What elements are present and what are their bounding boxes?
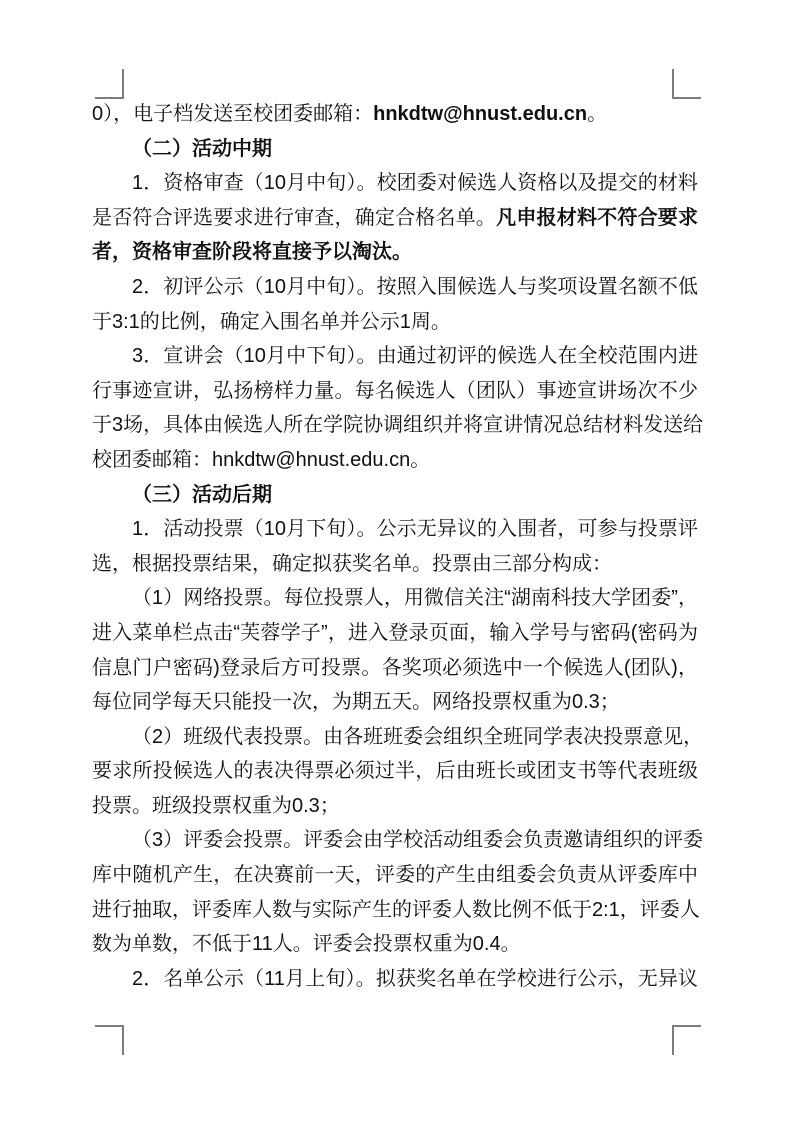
crop-mark-top-left-icon bbox=[95, 69, 124, 99]
crop-mark-top-right-icon bbox=[672, 69, 701, 99]
document-body: 0），电子档发送至校团委邮箱：hnkdtw@hnust.edu.cn。（二）活动… bbox=[92, 97, 698, 996]
text-run: 校团委邮箱：hnkdtw@hnust.edu.cn。 bbox=[92, 449, 430, 471]
text-run: 每位同学每天只能投一次，为期五天。网络投票权重为0.3； bbox=[92, 691, 620, 713]
text-run: 选，根据投票结果，确定拟获奖名单。投票由三部分构成： bbox=[92, 553, 612, 575]
text-line: 每位同学每天只能投一次，为期五天。网络投票权重为0.3； bbox=[92, 685, 698, 720]
text-run: 要求所投候选人的表决得票必须过半，后由班长或团支书等代表班级 bbox=[92, 760, 698, 782]
text-line: 是否符合评选要求进行审查，确定合格名单。凡申报材料不符合要求 bbox=[92, 201, 698, 236]
text-run: 1．资格审查（10月中旬）。校团委对候选人资格以及提交的材料 bbox=[132, 172, 698, 194]
text-run: 是否符合评选要求进行审查，确定合格名单。 bbox=[92, 207, 496, 229]
text-run: 进入菜单栏点击“芙蓉学子”，进入登录页面，输入学号与密码(密码为 bbox=[92, 622, 698, 644]
crop-mark-bottom-right-icon bbox=[672, 1025, 701, 1055]
section-heading: （三）活动后期 bbox=[92, 478, 698, 513]
text-line: 投票。班级投票权重为0.3； bbox=[92, 789, 698, 824]
text-run: 3．宣讲会（10月中下旬）。由通过初评的候选人在全校范围内进 bbox=[132, 345, 698, 367]
text-run: 数为单数，不低于11人。评委会投票权重为0.4。 bbox=[92, 933, 521, 955]
text-run: 行事迹宣讲，弘扬榜样力量。每名候选人（团队）事迹宣讲场次不少 bbox=[92, 380, 698, 402]
text-line: 1．活动投票（10月下旬）。公示无异议的入围者，可参与投票评 bbox=[92, 512, 698, 547]
text-run: 库中随机产生，在决赛前一天，评委的产生由组委会负责从评委库中 bbox=[92, 864, 698, 886]
text-line: 信息门户密码)登录后方可投票。各奖项必须选中一个候选人(团队)， bbox=[92, 651, 698, 686]
text-line: （3）评委会投票。评委会由学校活动组委会负责邀请组织的评委 bbox=[92, 823, 698, 858]
text-line: 行事迹宣讲，弘扬榜样力量。每名候选人（团队）事迹宣讲场次不少 bbox=[92, 374, 698, 409]
text-line: 要求所投候选人的表决得票必须过半，后由班长或团支书等代表班级 bbox=[92, 754, 698, 789]
text-line: 进入菜单栏点击“芙蓉学子”，进入登录页面，输入学号与密码(密码为 bbox=[92, 616, 698, 651]
text-run: 。 bbox=[587, 103, 607, 125]
text-run: （2）班级代表投票。由各班班委会组织全班同学表决投票意见， bbox=[132, 726, 703, 748]
text-run: 于3场，具体由候选人所在学院协调组织并将宣讲情况总结材料发送给 bbox=[92, 414, 703, 436]
text-run: 进行抽取，评委库人数与实际产生的评委人数比例不低于2:1，评委人 bbox=[92, 899, 700, 921]
bold-text-run: （三）活动后期 bbox=[132, 484, 272, 506]
text-line: 0），电子档发送至校团委邮箱：hnkdtw@hnust.edu.cn。 bbox=[92, 97, 698, 132]
text-run: 于3:1的比例，确定入围名单并公示1周。 bbox=[92, 311, 451, 333]
text-run: 0），电子档发送至校团委邮箱： bbox=[92, 103, 373, 125]
text-line: 2．初评公示（10月中旬）。按照入围候选人与奖项设置名额不低 bbox=[92, 270, 698, 305]
bold-text-run: （二）活动中期 bbox=[132, 138, 272, 160]
text-run: 1．活动投票（10月下旬）。公示无异议的入围者，可参与投票评 bbox=[132, 518, 698, 540]
bold-text-run: hnkdtw@hnust.edu.cn bbox=[373, 103, 587, 125]
text-line: 于3:1的比例，确定入围名单并公示1周。 bbox=[92, 305, 698, 340]
text-line: 3．宣讲会（10月中下旬）。由通过初评的候选人在全校范围内进 bbox=[92, 339, 698, 374]
text-line: 进行抽取，评委库人数与实际产生的评委人数比例不低于2:1，评委人 bbox=[92, 893, 698, 928]
text-line: 者，资格审查阶段将直接予以淘汰。 bbox=[92, 235, 698, 270]
text-run: （3）评委会投票。评委会由学校活动组委会负责邀请组织的评委 bbox=[132, 829, 703, 851]
bold-text-run: 凡申报材料不符合要求 bbox=[496, 207, 698, 229]
text-line: 2．名单公示（11月上旬）。拟获奖名单在学校进行公示，无异议 bbox=[92, 962, 698, 997]
text-run: 2．名单公示（11月上旬）。拟获奖名单在学校进行公示，无异议 bbox=[132, 968, 698, 990]
text-line: 于3场，具体由候选人所在学院协调组织并将宣讲情况总结材料发送给 bbox=[92, 408, 698, 443]
text-run: 投票。班级投票权重为0.3； bbox=[92, 795, 340, 817]
text-line: 库中随机产生，在决赛前一天，评委的产生由组委会负责从评委库中 bbox=[92, 858, 698, 893]
text-line: （2）班级代表投票。由各班班委会组织全班同学表决投票意见， bbox=[92, 720, 698, 755]
text-line: 数为单数，不低于11人。评委会投票权重为0.4。 bbox=[92, 927, 698, 962]
bold-text-run: 者，资格审查阶段将直接予以淘汰。 bbox=[92, 241, 412, 263]
text-line: （1）网络投票。每位投票人，用微信关注“湖南科技大学团委”， bbox=[92, 581, 698, 616]
crop-mark-bottom-left-icon bbox=[95, 1025, 124, 1055]
text-line: 选，根据投票结果，确定拟获奖名单。投票由三部分构成： bbox=[92, 547, 698, 582]
text-run: 信息门户密码)登录后方可投票。各奖项必须选中一个候选人(团队)， bbox=[92, 657, 698, 679]
text-run: （1）网络投票。每位投票人，用微信关注“湖南科技大学团委”， bbox=[132, 587, 698, 609]
section-heading: （二）活动中期 bbox=[92, 132, 698, 167]
text-line: 校团委邮箱：hnkdtw@hnust.edu.cn。 bbox=[92, 443, 698, 478]
text-run: 2．初评公示（10月中旬）。按照入围候选人与奖项设置名额不低 bbox=[132, 276, 698, 298]
document-page: 0），电子档发送至校团委邮箱：hnkdtw@hnust.edu.cn。（二）活动… bbox=[0, 0, 794, 1123]
text-line: 1．资格审查（10月中旬）。校团委对候选人资格以及提交的材料 bbox=[92, 166, 698, 201]
